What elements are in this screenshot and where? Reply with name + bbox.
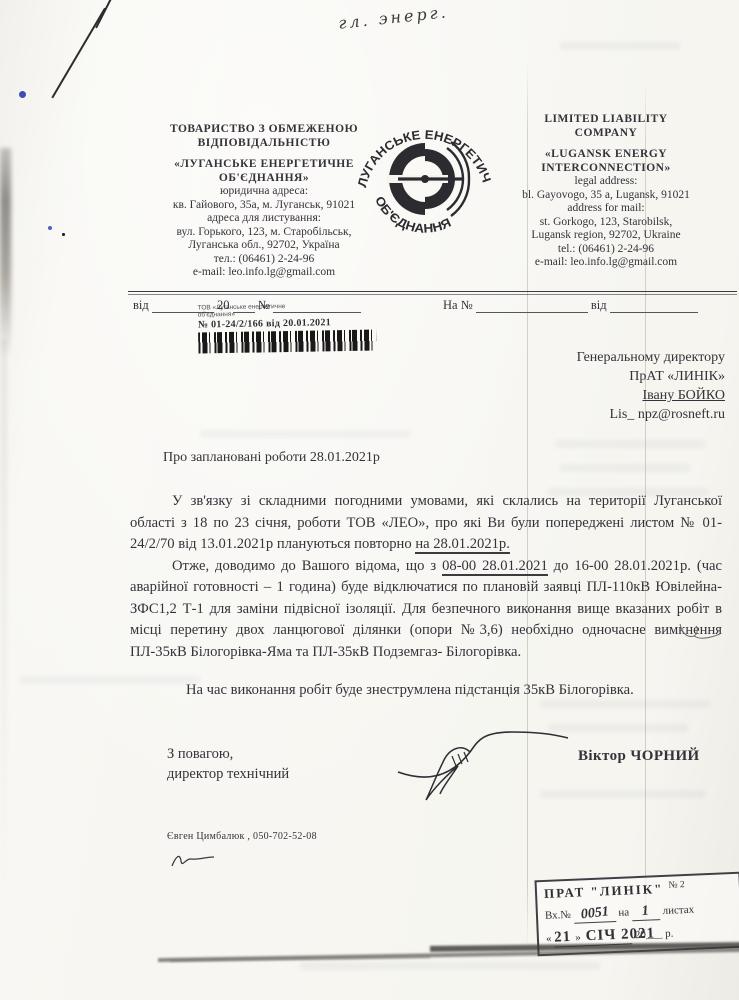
incoming-number-blank	[476, 300, 588, 313]
incoming-number-handwritten: 0051	[580, 904, 610, 923]
address-line: st. Gorkogo, 123, Starobilsk,	[495, 216, 717, 230]
closing-line: З повагою,	[167, 744, 289, 764]
address-label: legal address:	[495, 175, 717, 189]
company-form-line: COMPANY	[495, 127, 717, 141]
phone-line: tel.: (06461) 2-24-96	[495, 243, 717, 257]
incoming-number-label: Вх.№	[545, 909, 571, 922]
left-edge-smudge	[0, 148, 11, 358]
on-label: на	[618, 906, 629, 918]
signature-scribble	[392, 726, 572, 809]
executor-contact: Євген Цимбалюк , 050-702-52-08	[167, 831, 317, 842]
address-line: bl. Gayovogo, 35 a, Lugansk, 91021	[495, 189, 717, 203]
header-divider	[128, 294, 737, 295]
recipient-company: ПрАТ «ЛИНІК»	[520, 367, 725, 386]
incoming-stamp-number-row: Вх.№ 0051 на 1 листах	[545, 900, 734, 925]
email-line: e-mail: leo.info.lg@gmail.com	[138, 266, 390, 280]
stamp-number: № 01-24/2/166 від 20.01.2021	[198, 316, 376, 330]
bleed-through-artifact	[560, 42, 680, 50]
paragraph-1: У зв'язку зі складними погодними умовами…	[130, 491, 722, 556]
left-edge-smudge-tail	[1, 340, 7, 900]
recipient-name: Івану БОЙКО	[520, 386, 725, 405]
quote-close: »	[575, 931, 582, 943]
paragraph-2: Отже, доводимо до Вашого відома, що з 08…	[130, 556, 722, 664]
barcode	[198, 329, 376, 353]
recipient-email: Lis_ npz@rosneft.ru	[520, 405, 725, 424]
bleed-through-artifact	[300, 962, 600, 970]
na-no-label: На №	[443, 298, 473, 312]
incoming-date-blank	[610, 300, 698, 313]
reference-line-right: На № від	[443, 298, 698, 313]
recipient-title: Генеральному директору	[520, 348, 725, 367]
quote-open: «	[546, 933, 552, 945]
paragraph-3: На час виконання робіт буде знеструмлена…	[130, 680, 722, 702]
executor-initial-scribble	[168, 850, 218, 877]
company-form-line: LIMITED LIABILITY	[495, 113, 717, 127]
paragraph-1-underlined-date: на 28.01.2021р.	[415, 536, 510, 554]
company-logo-emblem: ЛУГАНСЬКЕ ЕНЕРГЕТИЧНЕ ОБ'ЄДНАННЯ	[352, 106, 498, 252]
recipient-block: Генеральному директору ПрАТ «ЛИНІК» Іван…	[520, 348, 725, 424]
closing-line: директор технічний	[167, 764, 289, 784]
incoming-stamp-org-number: № 2	[668, 880, 685, 891]
letter-body: У зв'язку зі складними погодними умовами…	[130, 491, 722, 702]
vid-label: від	[133, 298, 149, 312]
signer-name: Віктор ЧОРНИЙ	[578, 748, 700, 765]
sheets-label: листах	[662, 904, 694, 917]
ink-dot-blue	[19, 91, 26, 98]
bleed-through-artifact	[555, 440, 705, 448]
ink-dot-black	[62, 233, 65, 236]
pen-mark	[678, 618, 722, 649]
paragraph-2-text: Отже, доводимо до Вашого відома, що з	[172, 558, 442, 574]
company-name-line: «LUGANSK ENERGY	[495, 148, 717, 162]
subject-line: Про заплановані роботи 28.01.2021р	[163, 450, 380, 466]
company-block-english: LIMITED LIABILITY COMPANY «LUGANSK ENERG…	[495, 113, 717, 270]
scratch-artifact-fork	[95, 0, 111, 28]
header-divider	[128, 291, 737, 292]
email-line: e-mail: leo.info.lg@gmail.com	[495, 256, 717, 270]
stamp-date-day: 21	[554, 929, 572, 946]
logo-glyph	[386, 142, 469, 216]
paragraph-2-underlined-time: 08-00 28.01.2021	[442, 558, 548, 576]
vid-label: від	[591, 298, 607, 312]
year-tail: 20___ р.	[635, 928, 674, 942]
company-logo: ЛУГАНСЬКЕ ЕНЕРГЕТИЧНЕ ОБ'ЄДНАННЯ	[352, 106, 498, 257]
bleed-through-artifact	[560, 464, 690, 472]
address-line: Lugansk region, 92702, Ukraine	[495, 229, 717, 243]
incoming-stamp-org-row: ПРАТ "ЛИНІК" № 2	[544, 878, 733, 902]
sheet-count-handwritten: 1	[642, 903, 651, 920]
handwritten-note: гл. энерг.	[337, 2, 449, 32]
address-label: address for mail:	[495, 202, 717, 216]
incoming-stamp-org: ПРАТ "ЛИНІК"	[544, 881, 664, 901]
bleed-through-artifact	[200, 430, 410, 438]
scanned-letter-page: гл. энерг. ТОВАРИСТВО З ОБМЕЖЕНОЮ ВІДПОВ…	[0, 0, 739, 1000]
registration-stamp: ТОВ «Луганське енергетичне об'єднання» №…	[198, 301, 377, 353]
company-name-line: INTERCONNECTION»	[495, 162, 717, 176]
closing-block: З повагою, директор технічний	[167, 744, 289, 784]
ink-dot-blue-small	[48, 226, 52, 230]
